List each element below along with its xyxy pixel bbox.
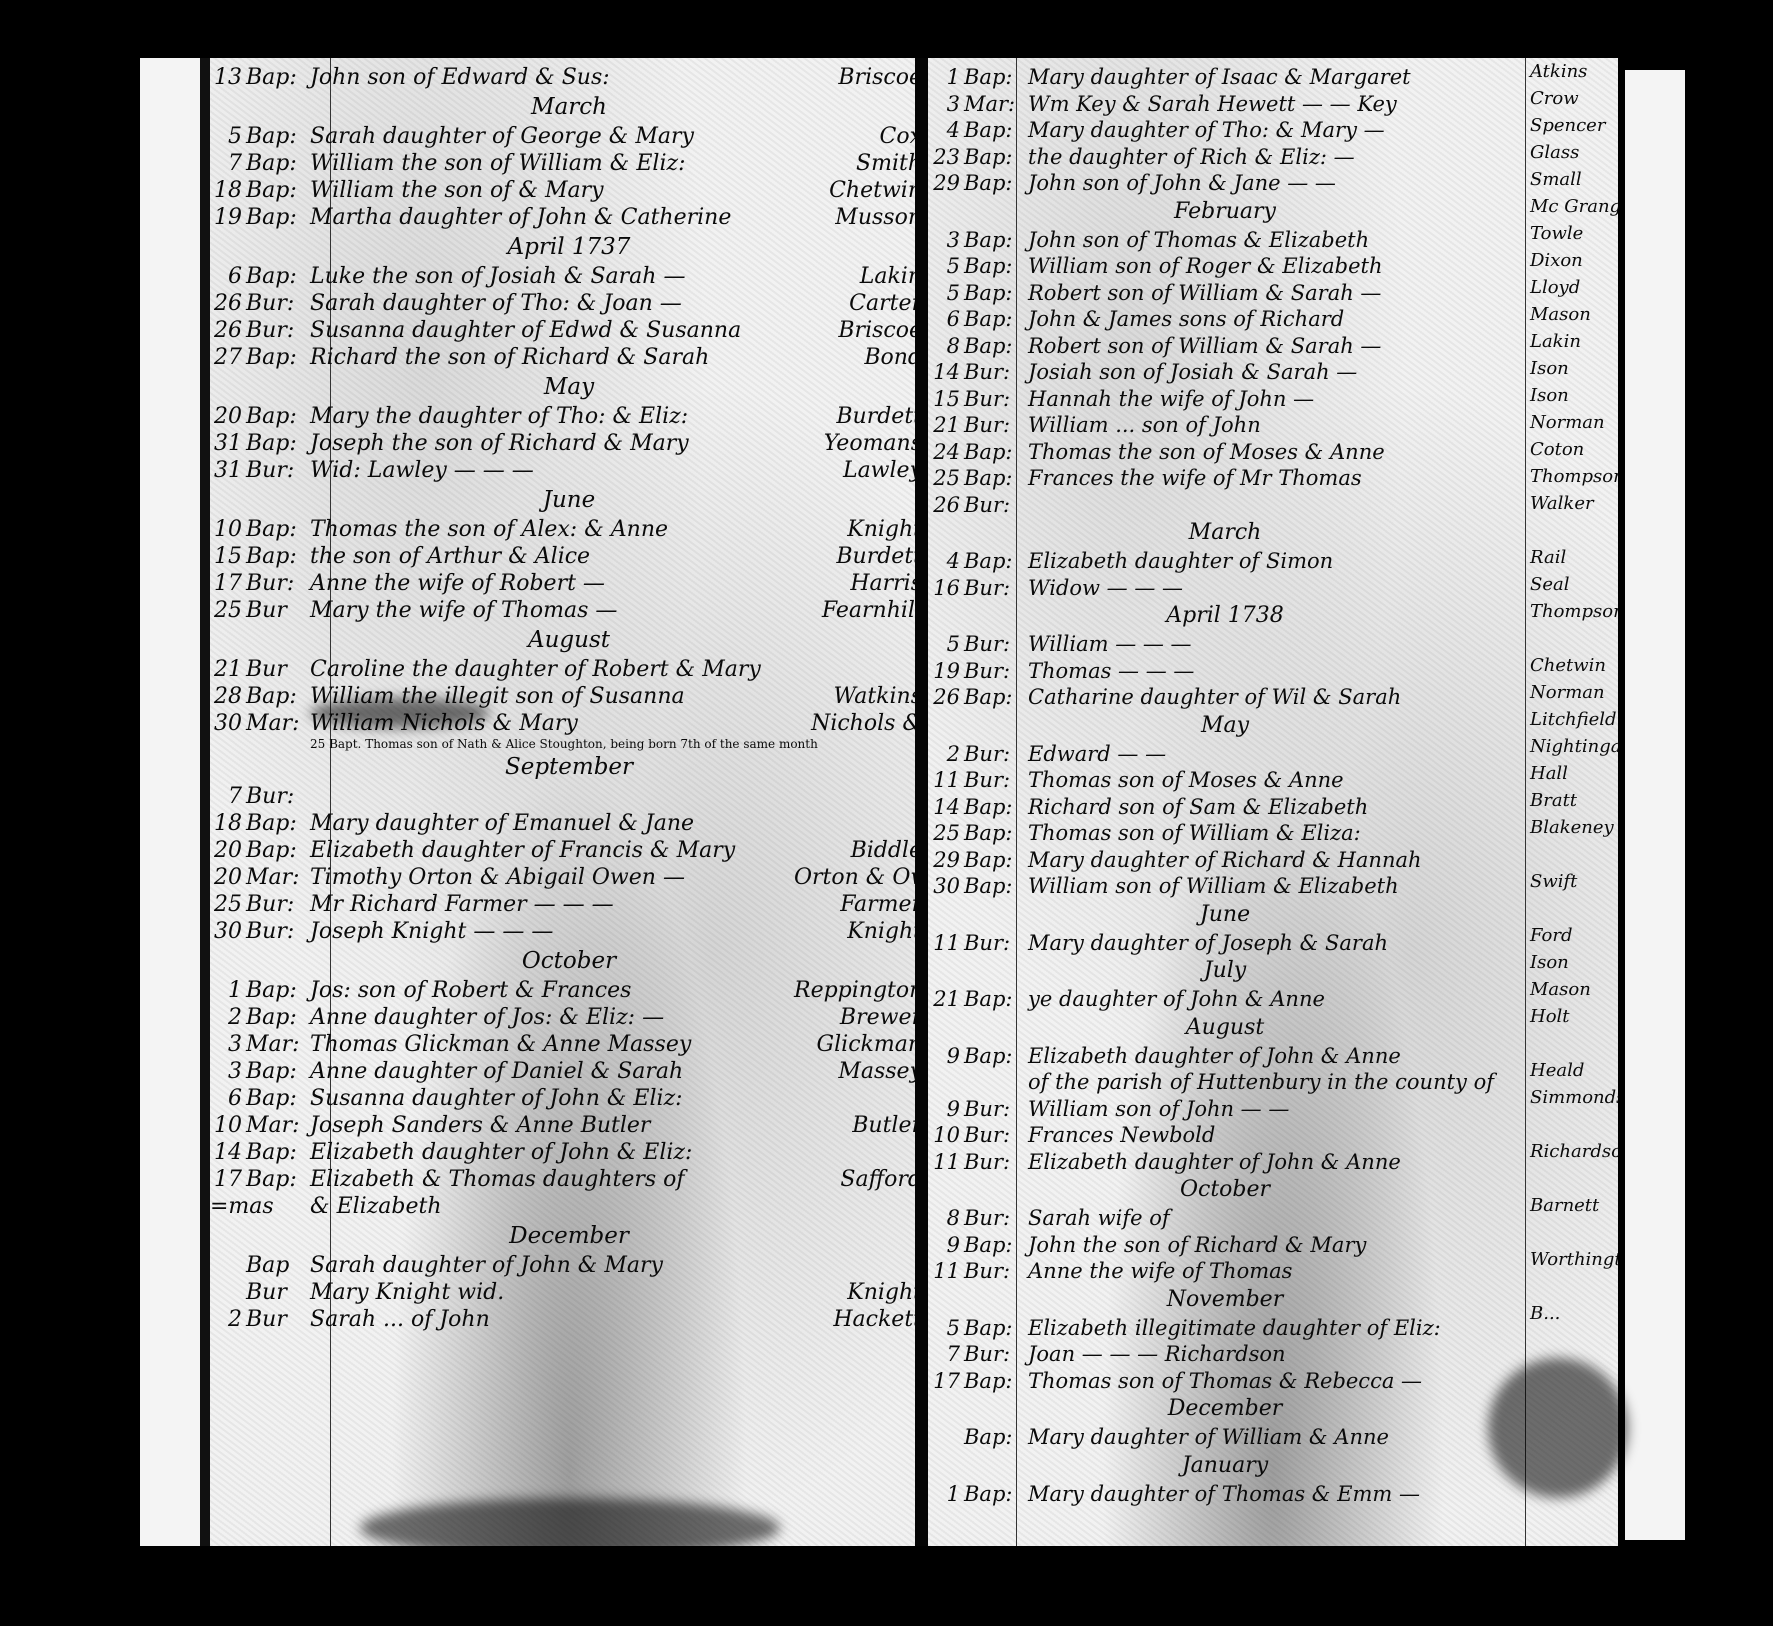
entry-surname: Safford xyxy=(794,1166,928,1193)
entry-text: Mary daughter of William & Anne xyxy=(1022,1424,1522,1451)
entry-text: Frances the wife of Mr Thomas xyxy=(1022,465,1522,492)
register-entry: 3Bap:John son of Thomas & Elizabeth xyxy=(928,227,1522,254)
entry-date: =mas xyxy=(210,1193,246,1220)
surname-entry: Norman xyxy=(1526,409,1618,436)
month-heading: February xyxy=(928,197,1522,227)
register-entry: 7Bap:William the son of William & Eliz:S… xyxy=(210,150,928,177)
entry-type: Bap: xyxy=(964,333,1022,360)
register-entry: 20Bap:Mary the daughter of Tho: & Eliz:B… xyxy=(210,403,928,430)
entry-surname: Cox xyxy=(794,123,928,150)
entry-type: Bap: xyxy=(964,253,1022,280)
register-entry: 6Bap:John & James sons of Richard xyxy=(928,306,1522,333)
register-entry: 14Bur:Josiah son of Josiah & Sarah — xyxy=(928,359,1522,386)
entry-text: Mary daughter of Isaac & Margaret xyxy=(1022,64,1522,91)
marginal-note: 25 Bapt. Thomas son of Nath & Alice Stou… xyxy=(210,737,928,751)
register-entry: 5Bur:William — — — xyxy=(928,631,1522,658)
entry-text: Martha daughter of John & Catherine xyxy=(304,204,794,231)
entry-date: 1 xyxy=(210,977,246,1004)
left-page-entries: 13Bap:John son of Edward & Sus:BriscoeMa… xyxy=(210,64,928,1333)
entry-surname: Musson xyxy=(794,204,928,231)
entry-text: Sarah daughter of Tho: & Joan — xyxy=(304,290,794,317)
surname-entry: Coton xyxy=(1526,436,1618,463)
entry-text: Timothy Orton & Abigail Owen — xyxy=(304,864,794,891)
month-heading: August xyxy=(928,1013,1522,1043)
entry-text: Edward — — xyxy=(1022,741,1522,768)
month-heading: June xyxy=(928,900,1522,930)
entry-text: Richard the son of Richard & Sarah xyxy=(304,344,794,371)
register-entry: 11Bur:Mary daughter of Joseph & Sarah xyxy=(928,930,1522,957)
register-entry: 31Bap:Joseph the son of Richard & MaryYe… xyxy=(210,430,928,457)
entry-surname: Reppington xyxy=(794,977,928,1004)
entry-date: 6 xyxy=(928,306,964,333)
entry-type: Bap: xyxy=(964,280,1022,307)
register-entry: 27Bap:Richard the son of Richard & Sarah… xyxy=(210,344,928,371)
entry-type: Bur: xyxy=(964,1258,1022,1285)
register-entry: 4Bap:Mary daughter of Tho: & Mary — xyxy=(928,117,1522,144)
entry-text: Frances Newbold xyxy=(1022,1122,1522,1149)
month-heading: August xyxy=(210,624,928,656)
entry-date: 31 xyxy=(210,430,246,457)
entry-type: Bur: xyxy=(964,359,1022,386)
register-entry: 5Bap:Elizabeth illegitimate daughter of … xyxy=(928,1315,1522,1342)
entry-type: Bur xyxy=(246,656,304,683)
entry-date: 30 xyxy=(928,873,964,900)
entry-date: 11 xyxy=(928,767,964,794)
entry-text: Sarah ... of John xyxy=(304,1306,794,1333)
surname-entry: Lloyd xyxy=(1526,274,1618,301)
entry-type: Bap: xyxy=(964,64,1022,91)
register-entry: 23Bap:the daughter of Rich & Eliz: — xyxy=(928,144,1522,171)
entry-surname: Knight xyxy=(794,516,928,543)
entry-text: Mr Richard Farmer — — — xyxy=(304,891,794,918)
surname-entry: Bratt xyxy=(1526,787,1618,814)
register-entry: 4Bap:Elizabeth daughter of Simon xyxy=(928,548,1522,575)
entry-surname: Smith xyxy=(794,150,928,177)
register-entry: 25Bap:Thomas son of William & Eliza: xyxy=(928,820,1522,847)
entry-date: 6 xyxy=(210,1085,246,1112)
register-entry: =mas& Elizabeth xyxy=(210,1193,928,1220)
entry-date: 5 xyxy=(928,1315,964,1342)
entry-type: Bap: xyxy=(964,820,1022,847)
entry-type: Bur: xyxy=(246,317,304,344)
entry-text: Elizabeth illegitimate daughter of Eliz: xyxy=(1022,1315,1522,1342)
entry-type: Bap xyxy=(246,1252,304,1279)
register-entry: 25Bap:Frances the wife of Mr Thomas xyxy=(928,465,1522,492)
entry-date: 26 xyxy=(928,684,964,711)
surname-entry: Swift xyxy=(1526,868,1618,895)
surname-entry: Heald xyxy=(1526,1057,1618,1084)
register-entry: 21Bur:William ... son of John xyxy=(928,412,1522,439)
entry-type: Bap: xyxy=(246,837,304,864)
entry-date: 19 xyxy=(210,204,246,231)
entry-text: Anne daughter of Daniel & Sarah xyxy=(304,1058,794,1085)
entry-date: 3 xyxy=(928,227,964,254)
entry-date: 4 xyxy=(928,548,964,575)
entry-text: Elizabeth daughter of John & Anne xyxy=(1022,1149,1522,1176)
register-entry: 17Bap:Thomas son of Thomas & Rebecca — xyxy=(928,1368,1522,1395)
entry-text: William — — — xyxy=(1022,631,1522,658)
entry-type: Bap: xyxy=(246,64,304,91)
entry-text: Thomas the son of Moses & Anne xyxy=(1022,439,1522,466)
entry-surname: Briscoe xyxy=(794,64,928,91)
entry-type: Bap: xyxy=(246,150,304,177)
entry-date: 14 xyxy=(210,1139,246,1166)
entry-text: Elizabeth daughter of John & Anne xyxy=(1022,1043,1522,1070)
entry-surname: Briscoe xyxy=(794,317,928,344)
entry-type: Bap: xyxy=(964,465,1022,492)
month-heading: June xyxy=(210,484,928,516)
entry-type: Bur: xyxy=(964,1149,1022,1176)
entry-date: 17 xyxy=(210,570,246,597)
register-entry: 3Mar:Wm Key & Sarah Hewett — — Key xyxy=(928,91,1522,118)
surname-entry xyxy=(1526,1111,1618,1138)
entry-date: 10 xyxy=(210,516,246,543)
entry-text: Mary daughter of Tho: & Mary — xyxy=(1022,117,1522,144)
entry-date: 11 xyxy=(928,1258,964,1285)
register-entry: 26Bur:Sarah daughter of Tho: & Joan —Car… xyxy=(210,290,928,317)
entry-surname: Yeomans xyxy=(794,430,928,457)
entry-type: Bap: xyxy=(246,1139,304,1166)
surname-entry xyxy=(1526,517,1618,544)
entry-text: Mary the wife of Thomas — xyxy=(304,597,794,624)
entry-text: Joseph Knight — — — xyxy=(304,918,794,945)
ink-smudge xyxy=(310,698,490,728)
entry-surname: Brewer xyxy=(794,1004,928,1031)
register-entry: 31Bur:Wid: Lawley — — —Lawley xyxy=(210,457,928,484)
surname-entry: Holt xyxy=(1526,1003,1618,1030)
entry-type: Bur: xyxy=(964,412,1022,439)
month-heading: March xyxy=(210,91,928,123)
entry-date: 20 xyxy=(210,403,246,430)
entry-text: Wm Key & Sarah Hewett — — Key xyxy=(1022,91,1522,118)
entry-type: Bap: xyxy=(964,847,1022,874)
entry-date: 25 xyxy=(210,597,246,624)
entry-date: 21 xyxy=(928,412,964,439)
entry-date: 17 xyxy=(928,1368,964,1395)
entry-text: Robert son of William & Sarah — xyxy=(1022,333,1522,360)
entry-text: John son of John & Jane — — xyxy=(1022,170,1522,197)
entry-text: Hannah the wife of John — xyxy=(1022,386,1522,413)
entry-type: Bap: xyxy=(246,683,304,710)
entry-text: Elizabeth daughter of John & Eliz: xyxy=(304,1139,794,1166)
entry-text: John son of Thomas & Elizabeth xyxy=(1022,227,1522,254)
entry-date: 3 xyxy=(928,91,964,118)
entry-date: 5 xyxy=(928,280,964,307)
entry-date: 15 xyxy=(210,543,246,570)
surname-entry: Atkins xyxy=(1526,58,1618,85)
register-entry: of the parish of Huttenbury in the count… xyxy=(928,1069,1522,1096)
entry-type: Bur xyxy=(246,1306,304,1333)
entry-type: Mar: xyxy=(246,1031,304,1058)
entry-text: Jos: son of Robert & Frances xyxy=(304,977,794,1004)
entry-type: Bap: xyxy=(964,1315,1022,1342)
entry-date: 9 xyxy=(928,1096,964,1123)
entry-type: Bap: xyxy=(964,548,1022,575)
surname-entry: Ison xyxy=(1526,355,1618,382)
surname-entry xyxy=(1526,895,1618,922)
entry-date: 20 xyxy=(210,864,246,891)
entry-type: Mar: xyxy=(246,1112,304,1139)
entry-text: ye daughter of John & Anne xyxy=(1022,986,1522,1013)
month-heading: July xyxy=(928,956,1522,986)
surname-entry xyxy=(1526,1219,1618,1246)
register-entry: 24Bap:Thomas the son of Moses & Anne xyxy=(928,439,1522,466)
entry-text: Thomas son of Thomas & Rebecca — xyxy=(1022,1368,1522,1395)
entry-date: 10 xyxy=(928,1122,964,1149)
register-entry: 3Mar:Thomas Glickman & Anne MasseyGlickm… xyxy=(210,1031,928,1058)
entry-type: Bap: xyxy=(964,144,1022,171)
entry-surname: Hackett xyxy=(794,1306,928,1333)
ink-smudge xyxy=(360,1498,780,1558)
entry-text: John the son of Richard & Mary xyxy=(1022,1232,1522,1259)
entry-date: 7 xyxy=(928,1341,964,1368)
entry-text: Richard son of Sam & Elizabeth xyxy=(1022,794,1522,821)
register-entry: 14Bap:Richard son of Sam & Elizabeth xyxy=(928,794,1522,821)
month-heading: May xyxy=(928,711,1522,741)
entry-text: Mary daughter of Emanuel & Jane xyxy=(304,810,794,837)
entry-surname: Biddle xyxy=(794,837,928,864)
surname-entry: Mason xyxy=(1526,301,1618,328)
month-heading: October xyxy=(210,945,928,977)
entry-text: Joseph the son of Richard & Mary xyxy=(304,430,794,457)
entry-text: William the son of & Mary xyxy=(304,177,794,204)
register-entry: 15Bap:the son of Arthur & AliceBurdett xyxy=(210,543,928,570)
entry-type: Bap: xyxy=(246,1085,304,1112)
month-heading: March xyxy=(928,518,1522,548)
entry-type: Bap: xyxy=(246,810,304,837)
entry-type: Bur: xyxy=(246,891,304,918)
entry-type: Bap: xyxy=(964,1368,1022,1395)
register-entry: 30Bap:William son of William & Elizabeth xyxy=(928,873,1522,900)
entry-type: Mar: xyxy=(246,710,304,737)
entry-text: Caroline the daughter of Robert & Mary xyxy=(304,656,794,683)
entry-date: 9 xyxy=(928,1232,964,1259)
entry-date: 30 xyxy=(210,710,246,737)
ink-smudge xyxy=(1488,1358,1628,1498)
entry-date: 29 xyxy=(928,170,964,197)
entry-date: 26 xyxy=(210,317,246,344)
entry-date: 7 xyxy=(210,150,246,177)
register-entry: 9Bap:John the son of Richard & Mary xyxy=(928,1232,1522,1259)
entry-text: Sarah daughter of John & Mary xyxy=(304,1252,794,1279)
entry-surname: Nichols & xyxy=(794,710,928,737)
surname-entry: Blakeney xyxy=(1526,814,1618,841)
register-entry: 18Bap:William the son of & MaryChetwin xyxy=(210,177,928,204)
entry-text: the daughter of Rich & Eliz: — xyxy=(1022,144,1522,171)
entry-type: Bap: xyxy=(246,263,304,290)
entry-date: 7 xyxy=(210,783,246,810)
entry-date: 16 xyxy=(928,575,964,602)
register-entry: 8Bur:Sarah wife of xyxy=(928,1205,1522,1232)
register-entry: 16Bur:Widow — — — xyxy=(928,575,1522,602)
register-entry: 11Bur:Elizabeth daughter of John & Anne xyxy=(928,1149,1522,1176)
entry-type: Bur: xyxy=(964,1341,1022,1368)
surname-entry: Ison xyxy=(1526,949,1618,976)
entry-date: 1 xyxy=(928,64,964,91)
register-entry: 7Bur: xyxy=(210,783,928,810)
register-entry: 19Bap:Martha daughter of John & Catherin… xyxy=(210,204,928,231)
entry-text: Sarah wife of xyxy=(1022,1205,1522,1232)
entry-text: Thomas — — — xyxy=(1022,658,1522,685)
entry-surname: Butler xyxy=(794,1112,928,1139)
entry-type: Bap: xyxy=(964,1424,1022,1451)
entry-date: 5 xyxy=(928,631,964,658)
entry-type: Bap: xyxy=(964,117,1022,144)
entry-surname: Knight xyxy=(794,918,928,945)
entry-date: 2 xyxy=(210,1004,246,1031)
entry-surname: Fearnhill xyxy=(794,597,928,624)
register-entry: 26Bur: xyxy=(928,492,1522,519)
entry-surname: Glickman xyxy=(794,1031,928,1058)
register-entry: 25BurMary the wife of Thomas —Fearnhill xyxy=(210,597,928,624)
entry-text: Mary Knight wid. xyxy=(304,1279,794,1306)
entry-date: 23 xyxy=(928,144,964,171)
month-heading: April 1738 xyxy=(928,601,1522,631)
register-entry: 7Bur:Joan — — — Richardson xyxy=(928,1341,1522,1368)
surname-entry: Mc Granger xyxy=(1526,193,1618,220)
entry-surname: Watkins xyxy=(794,683,928,710)
entry-date: 18 xyxy=(210,810,246,837)
entry-type: Bap: xyxy=(964,986,1022,1013)
entry-date: 5 xyxy=(210,123,246,150)
entry-type: Bur xyxy=(246,597,304,624)
entry-type: Bur: xyxy=(246,783,304,810)
register-entry: 5Bap:Sarah daughter of George & MaryCox xyxy=(210,123,928,150)
register-entry: 30Bur:Joseph Knight — — —Knight xyxy=(210,918,928,945)
entry-type: Bap: xyxy=(246,1058,304,1085)
register-entry: 20Bap:Elizabeth daughter of Francis & Ma… xyxy=(210,837,928,864)
register-entry: 26Bap:Catharine daughter of Wil & Sarah xyxy=(928,684,1522,711)
register-entry: 18Bap:Mary daughter of Emanuel & Jane xyxy=(210,810,928,837)
entry-type: Bur: xyxy=(964,1122,1022,1149)
entry-date: 26 xyxy=(928,492,964,519)
surname-entry: Ford xyxy=(1526,922,1618,949)
entry-date: 26 xyxy=(210,290,246,317)
entry-type: Bur xyxy=(246,1279,304,1306)
entry-type: Bap: xyxy=(246,403,304,430)
surname-entry: Ison xyxy=(1526,382,1618,409)
entry-date: 11 xyxy=(928,930,964,957)
entry-date: 6 xyxy=(210,263,246,290)
entry-date: 25 xyxy=(928,465,964,492)
entry-date: 1 xyxy=(928,1481,964,1508)
entry-date: 25 xyxy=(210,891,246,918)
entry-type: Bap: xyxy=(246,123,304,150)
entry-date: 30 xyxy=(210,918,246,945)
entry-type: Bur: xyxy=(246,457,304,484)
month-heading: October xyxy=(928,1175,1522,1205)
entry-type: Bap: xyxy=(964,794,1022,821)
entry-type: Bur: xyxy=(964,631,1022,658)
entry-type: Mar: xyxy=(246,864,304,891)
entry-surname: Lawley xyxy=(794,457,928,484)
entry-date: 24 xyxy=(928,439,964,466)
entry-date: 2 xyxy=(928,741,964,768)
month-heading: September xyxy=(210,751,928,783)
entry-type: Bap: xyxy=(964,1232,1022,1259)
surname-entry: Nightingale xyxy=(1526,733,1618,760)
entry-type: Bap: xyxy=(246,1004,304,1031)
entry-type: Bap: xyxy=(246,1166,304,1193)
entry-text: Thomas the son of Alex: & Anne xyxy=(304,516,794,543)
entry-text: Anne the wife of Thomas xyxy=(1022,1258,1522,1285)
entry-type: Bap: xyxy=(964,227,1022,254)
entry-type: Bap: xyxy=(964,1481,1022,1508)
entry-date: 18 xyxy=(210,177,246,204)
entry-text: Joan — — — Richardson xyxy=(1022,1341,1522,1368)
register-entry: 5Bap:Robert son of William & Sarah — xyxy=(928,280,1522,307)
register-entry: 13Bap:John son of Edward & Sus:Briscoe xyxy=(210,64,928,91)
surname-entry xyxy=(1526,1030,1618,1057)
entry-text: Elizabeth & Thomas daughters of xyxy=(304,1166,794,1193)
register-entry: 1Bap:Mary daughter of Isaac & Margaret xyxy=(928,64,1522,91)
entry-surname: Knight xyxy=(794,1279,928,1306)
entry-date: 5 xyxy=(928,253,964,280)
surname-entry: Simmonds xyxy=(1526,1084,1618,1111)
entry-date: 2 xyxy=(210,1306,246,1333)
register-entry: 21BurCaroline the daughter of Robert & M… xyxy=(210,656,928,683)
surname-entry: Lakin xyxy=(1526,328,1618,355)
entry-text: William son of William & Elizabeth xyxy=(1022,873,1522,900)
surname-entry xyxy=(1526,1273,1618,1300)
register-entry: 8Bap:Robert son of William & Sarah — xyxy=(928,333,1522,360)
entry-type: Bur: xyxy=(246,570,304,597)
entry-text: Joseph Sanders & Anne Butler xyxy=(304,1112,794,1139)
entry-type: Mar: xyxy=(964,91,1022,118)
entry-type: Bap: xyxy=(246,344,304,371)
entry-surname: Orton & Owen xyxy=(794,864,928,891)
register-entry: 17Bur:Anne the wife of Robert —Harris xyxy=(210,570,928,597)
entry-date: 14 xyxy=(928,359,964,386)
entry-text: John & James sons of Richard xyxy=(1022,306,1522,333)
register-entry: 11Bur:Thomas son of Moses & Anne xyxy=(928,767,1522,794)
surname-entry: Mason xyxy=(1526,976,1618,1003)
register-entry: 26Bur:Susanna daughter of Edwd & Susanna… xyxy=(210,317,928,344)
register-entry: 25Bur:Mr Richard Farmer — — —Farmer xyxy=(210,891,928,918)
entry-text: Elizabeth daughter of Simon xyxy=(1022,548,1522,575)
entry-type: Bap: xyxy=(246,204,304,231)
surname-entry: Chetwin xyxy=(1526,652,1618,679)
entry-text: Sarah daughter of George & Mary xyxy=(304,123,794,150)
entry-text: Mary daughter of Joseph & Sarah xyxy=(1022,930,1522,957)
entry-date: 25 xyxy=(928,820,964,847)
entry-date: 31 xyxy=(210,457,246,484)
register-entry: 10Bur:Frances Newbold xyxy=(928,1122,1522,1149)
surname-entry: Small xyxy=(1526,166,1618,193)
register-entry: BurMary Knight wid.Knight xyxy=(210,1279,928,1306)
register-entry: 10Bap:Thomas the son of Alex: & AnneKnig… xyxy=(210,516,928,543)
entry-type: Bur: xyxy=(964,386,1022,413)
register-entry: 2Bur:Edward — — xyxy=(928,741,1522,768)
scan-margin-right xyxy=(1625,70,1685,1540)
register-entry: 2Bap:Anne daughter of Jos: & Eliz: —Brew… xyxy=(210,1004,928,1031)
month-heading: December xyxy=(210,1220,928,1252)
entry-date: 29 xyxy=(928,847,964,874)
entry-text: Susanna daughter of Edwd & Susanna xyxy=(304,317,794,344)
register-entry: 9Bur:William son of John — — xyxy=(928,1096,1522,1123)
surname-entry: Thompson xyxy=(1526,463,1618,490)
surname-entry: Dixon xyxy=(1526,247,1618,274)
entry-text: Mary daughter of Thomas & Emm — xyxy=(1022,1481,1522,1508)
entry-type: Bur: xyxy=(964,930,1022,957)
entry-surname: Chetwin xyxy=(794,177,928,204)
surname-entry: Spencer xyxy=(1526,112,1618,139)
entry-type: Bap: xyxy=(246,977,304,1004)
entry-date: 19 xyxy=(928,658,964,685)
register-entry: 6Bap:Luke the son of Josiah & Sarah —Lak… xyxy=(210,263,928,290)
entry-surname: Burdett xyxy=(794,543,928,570)
entry-surname: Massey xyxy=(794,1058,928,1085)
